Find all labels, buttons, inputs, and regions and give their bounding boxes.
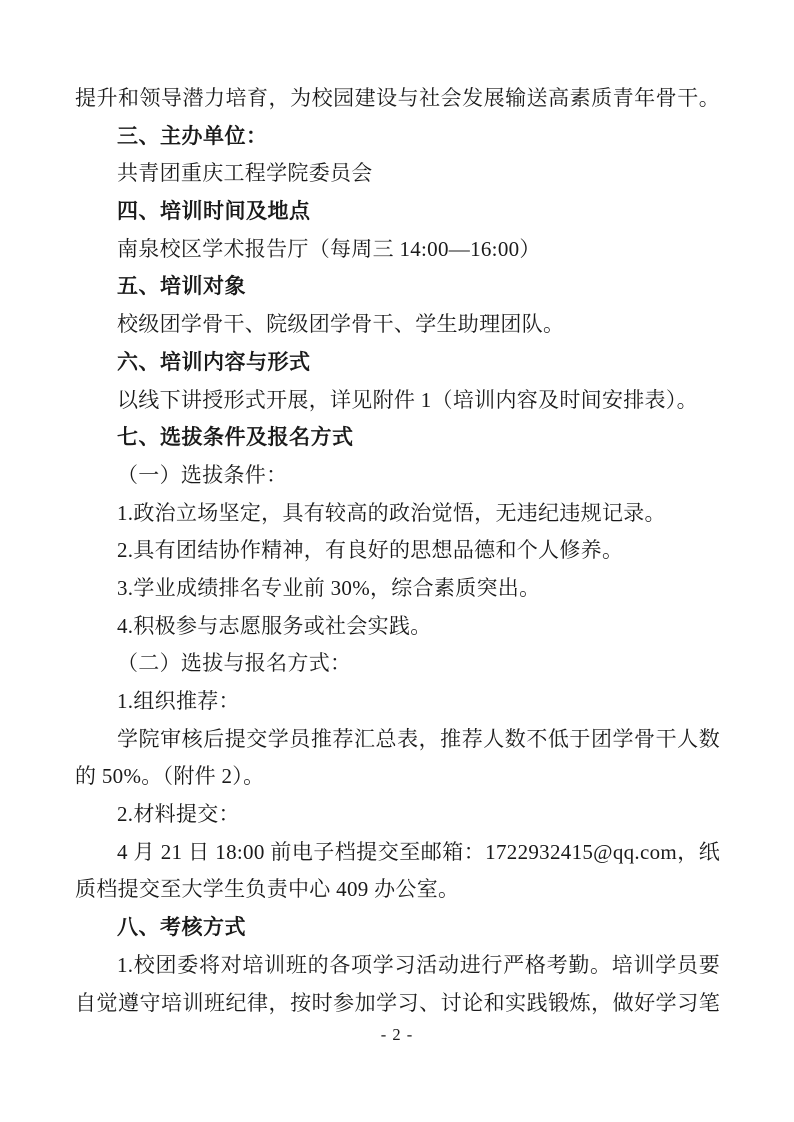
document-body: 提升和领导潜力培育，为校园建设与社会发展输送高素质青年骨干。 三、主办单位： 共… [75, 80, 720, 1022]
section-heading-3: 三、主办单位： [75, 118, 720, 156]
section-heading-5: 五、培训对象 [75, 268, 720, 306]
document-page: 提升和领导潜力培育，为校园建设与社会发展输送高素质青年骨干。 三、主办单位： 共… [0, 0, 794, 1122]
section-heading-7: 七、选拔条件及报名方式 [75, 419, 720, 457]
page-number: - 2 - [381, 1025, 414, 1044]
text-line: 自觉遵守培训班纪律，按时参加学习、讨论和实践锻炼，做好学习笔 [75, 985, 720, 1023]
text-line: 4 月 21 日 18:00 前电子档提交至邮箱：1722932415@qq.c… [75, 834, 720, 872]
text-line: 南泉校区学术报告厅（每周三 14:00—16:00） [75, 231, 720, 269]
text-line: 校级团学骨干、院级团学骨干、学生助理团队。 [75, 306, 720, 344]
list-item: 4.积极参与志愿服务或社会实践。 [75, 608, 720, 646]
text-line: 2.材料提交： [75, 796, 720, 834]
text-line: 提升和领导潜力培育，为校园建设与社会发展输送高素质青年骨干。 [75, 80, 720, 118]
text-line: 共青团重庆工程学院委员会 [75, 155, 720, 193]
text-line: （二）选拔与报名方式： [75, 645, 720, 683]
list-item: 2.具有团结协作精神，有良好的思想品德和个人修养。 [75, 532, 720, 570]
text-line: 的 50%。（附件 2）。 [75, 758, 720, 796]
text-line: 1.组织推荐： [75, 683, 720, 721]
page-footer: - 2 - [0, 1024, 794, 1046]
list-item: 1.政治立场坚定，具有较高的政治觉悟，无违纪违规记录。 [75, 495, 720, 533]
text-line: 1.校团委将对培训班的各项学习活动进行严格考勤。培训学员要 [75, 947, 720, 985]
text-line: 质档提交至大学生负责中心 409 办公室。 [75, 871, 720, 909]
text-line: （一）选拔条件： [75, 457, 720, 495]
section-heading-4: 四、培训时间及地点 [75, 193, 720, 231]
text-line: 以线下讲授形式开展，详见附件 1（培训内容及时间安排表）。 [75, 382, 720, 420]
text-line: 学院审核后提交学员推荐汇总表，推荐人数不低于团学骨干人数 [75, 721, 720, 759]
list-item: 3.学业成绩排名专业前 30%，综合素质突出。 [75, 570, 720, 608]
section-heading-8: 八、考核方式 [75, 909, 720, 947]
section-heading-6: 六、培训内容与形式 [75, 344, 720, 382]
